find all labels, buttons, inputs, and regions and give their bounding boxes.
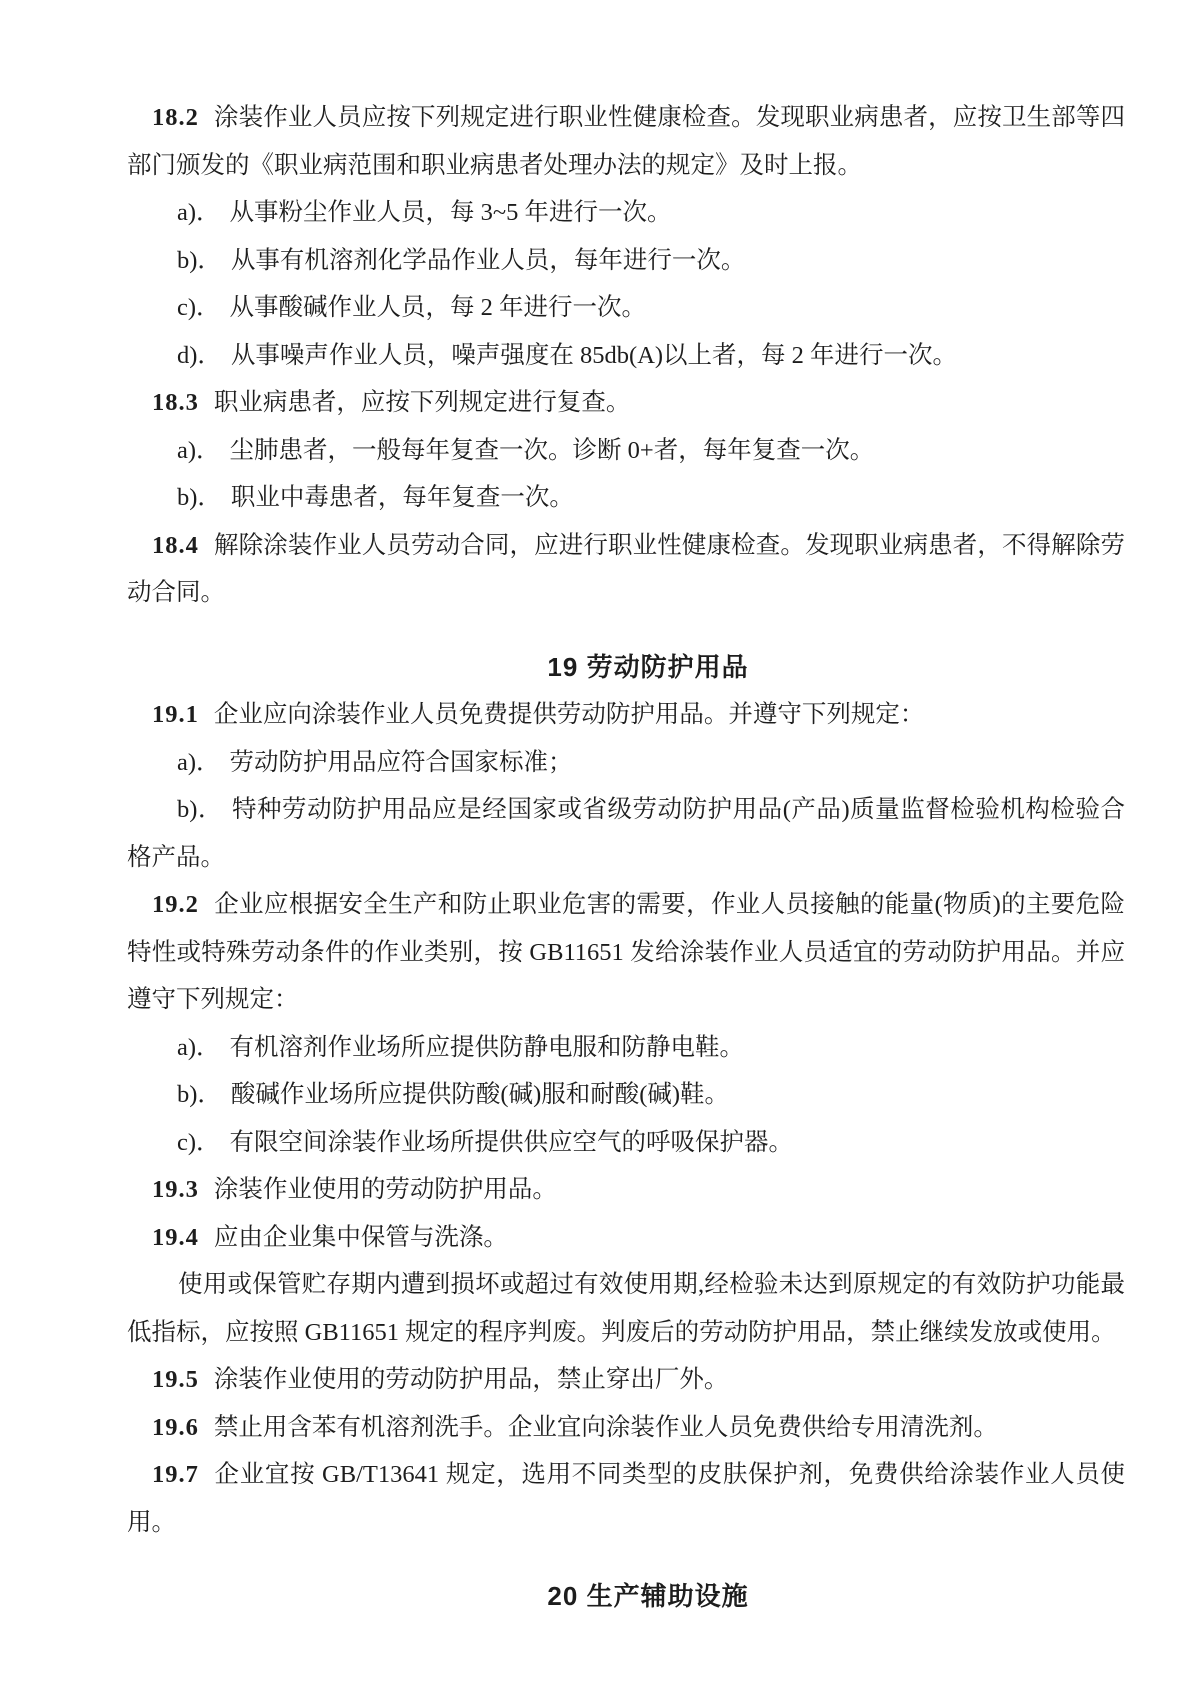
clause-number: 19.7: [152, 1461, 199, 1488]
item-label: a)．: [177, 437, 221, 464]
item-text: 有限空间涂装作业场所提供供应空气的呼吸保护器。: [230, 1129, 794, 1156]
clause-text: 禁止用含苯有机溶剂洗手。企业宜向涂装作业人员免费供给专用清洗剂。: [214, 1414, 998, 1441]
list-item-18-3-b: b)．职业中毒患者，每年复查一次。: [127, 474, 1125, 522]
clause-18-3: 18.3职业病患者，应按下列规定进行复查。: [127, 379, 1125, 427]
clause-text: 企业应根据安全生产和防止职业危害的需要，作业人员接触的能量(物质)的主要危险特性…: [127, 891, 1125, 1013]
clause-18-2: 18.2涂装作业人员应按下列规定进行职业性健康检查。发现职业病患者，应按卫生部等…: [127, 94, 1125, 189]
clause-number: 19.4: [152, 1224, 199, 1251]
clause-19-2: 19.2企业应根据安全生产和防止职业危害的需要，作业人员接触的能量(物质)的主要…: [127, 881, 1125, 1024]
clause-number: 19.1: [152, 701, 199, 728]
list-item-19-1-a: a)．劳动防护用品应符合国家标准；: [127, 739, 1125, 787]
item-label: a)．: [177, 1034, 221, 1061]
list-item-18-2-b: b)．从事有机溶剂化学品作业人员，每年进行一次。: [127, 237, 1125, 285]
item-text: 酸碱作业场所应提供防酸(碱)服和耐酸(碱)鞋。: [231, 1081, 729, 1108]
clause-text: 企业应向涂装作业人员免费提供劳动防护用品。并遵守下列规定：: [214, 701, 925, 728]
clause-text: 企业宜按 GB/T13641 规定，选用不同类型的皮肤保护剂，免费供给涂装作业人…: [127, 1461, 1125, 1536]
item-label: b)．: [177, 484, 222, 511]
list-item-18-3-a: a)．尘肺患者，一般每年复查一次。诊断 0+者，每年复查一次。: [127, 427, 1125, 475]
list-item-19-2-a: a)．有机溶剂作业场所应提供防静电服和防静电鞋。: [127, 1024, 1125, 1072]
item-label: b)．: [177, 796, 223, 823]
item-label: b)．: [177, 247, 222, 274]
clause-text: 涂装作业使用的劳动防护用品，禁止穿出厂外。: [214, 1366, 729, 1393]
list-item-19-2-b: b)．酸碱作业场所应提供防酸(碱)服和耐酸(碱)鞋。: [127, 1071, 1125, 1119]
item-text: 从事粉尘作业人员，每 3~5 年进行一次。: [230, 199, 672, 226]
item-label: c)．: [177, 294, 221, 321]
clause-text: 解除涂装作业人员劳动合同，应进行职业性健康检查。发现职业病患者，不得解除劳动合同…: [127, 532, 1125, 607]
clause-19-6: 19.6禁止用含苯有机溶剂洗手。企业宜向涂装作业人员免费供给专用清洗剂。: [127, 1404, 1125, 1452]
clause-number: 18.3: [152, 389, 199, 416]
clause-text: 职业病患者，应按下列规定进行复查。: [214, 389, 631, 416]
clause-text: 涂装作业人员应按下列规定进行职业性健康检查。发现职业病患者，应按卫生部等四部门颁…: [127, 104, 1125, 179]
item-text: 职业中毒患者，每年复查一次。: [231, 484, 574, 511]
item-text: 劳动防护用品应符合国家标准；: [230, 749, 573, 776]
clause-text: 应由企业集中保管与洗涤。: [214, 1224, 508, 1251]
clause-text: 涂装作业使用的劳动防护用品。: [214, 1176, 557, 1203]
clause-number: 18.4: [152, 532, 199, 559]
section-heading-19: 19 劳动防护用品: [127, 644, 1125, 692]
clause-19-7: 19.7企业宜按 GB/T13641 规定，选用不同类型的皮肤保护剂，免费供给涂…: [127, 1451, 1125, 1546]
item-label: c)．: [177, 1129, 221, 1156]
item-text: 尘肺患者，一般每年复查一次。诊断 0+者，每年复查一次。: [230, 437, 875, 464]
item-label: d)．: [177, 342, 222, 369]
clause-19-3: 19.3涂装作业使用的劳动防护用品。: [127, 1166, 1125, 1214]
item-label: b)．: [177, 1081, 222, 1108]
item-label: a)．: [177, 199, 221, 226]
list-item-19-1-b: b)．特种劳动防护用品应是经国家或省级劳动防护用品(产品)质量监督检验机构检验合…: [127, 786, 1125, 881]
item-label: a)．: [177, 749, 221, 776]
list-item-18-2-c: c)．从事酸碱作业人员，每 2 年进行一次。: [127, 284, 1125, 332]
clause-19-5: 19.5涂装作业使用的劳动防护用品，禁止穿出厂外。: [127, 1356, 1125, 1404]
clause-number: 19.5: [152, 1366, 199, 1393]
clause-number: 18.2: [152, 104, 199, 131]
list-item-18-2-d: d)．从事噪声作业人员，噪声强度在 85db(A)以上者，每 2 年进行一次。: [127, 332, 1125, 380]
clause-19-4: 19.4应由企业集中保管与洗涤。: [127, 1214, 1125, 1262]
item-text: 从事酸碱作业人员，每 2 年进行一次。: [230, 294, 647, 321]
item-text: 从事噪声作业人员，噪声强度在 85db(A)以上者，每 2 年进行一次。: [231, 342, 957, 369]
clause-number: 19.2: [152, 891, 199, 918]
item-text: 特种劳动防护用品应是经国家或省级劳动防护用品(产品)质量监督检验机构检验合格产品…: [127, 796, 1125, 871]
item-text: 有机溶剂作业场所应提供防静电服和防静电鞋。: [230, 1034, 745, 1061]
clause-19-1: 19.1企业应向涂装作业人员免费提供劳动防护用品。并遵守下列规定：: [127, 691, 1125, 739]
list-item-19-2-c: c)．有限空间涂装作业场所提供供应空气的呼吸保护器。: [127, 1119, 1125, 1167]
document-page: 18.2涂装作业人员应按下列规定进行职业性健康检查。发现职业病患者，应按卫生部等…: [127, 0, 1125, 1621]
clause-number: 19.3: [152, 1176, 199, 1203]
clause-number: 19.6: [152, 1414, 199, 1441]
section-heading-20: 20 生产辅助设施: [127, 1573, 1125, 1621]
list-item-18-2-a: a)．从事粉尘作业人员，每 3~5 年进行一次。: [127, 189, 1125, 237]
clause-18-4: 18.4解除涂装作业人员劳动合同，应进行职业性健康检查。发现职业病患者，不得解除…: [127, 522, 1125, 617]
paragraph-19-4-note: 使用或保管贮存期内遭到损坏或超过有效使用期,经检验未达到原规定的有效防护功能最低…: [127, 1261, 1125, 1356]
item-text: 从事有机溶剂化学品作业人员，每年进行一次。: [231, 247, 746, 274]
